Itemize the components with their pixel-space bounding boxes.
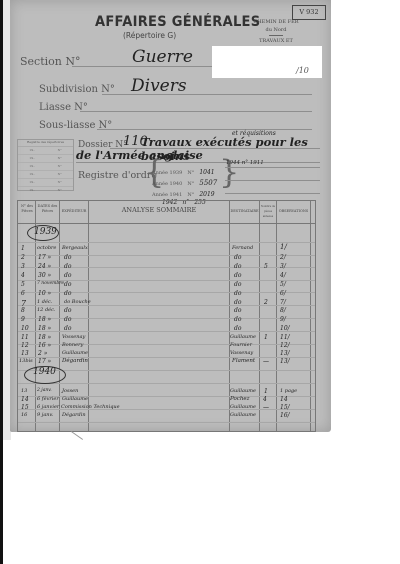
- year-1940: 1940: [33, 367, 56, 377]
- row-expediteur: do Bouche: [64, 299, 91, 305]
- mini-table-row: 19..N°: [18, 155, 73, 163]
- row-destinataire: do: [234, 307, 241, 314]
- page-title: AFFAIRES GÉNÉRALES: [95, 14, 260, 30]
- company-rule: [269, 35, 283, 36]
- header-numero: N° des Pièces: [19, 204, 35, 214]
- row-destinataire: do: [234, 281, 241, 288]
- header-destinataire: DESTINATAIRE: [230, 209, 259, 214]
- row-destinataire: do: [234, 254, 241, 261]
- page-subtitle: (Répertoire G): [123, 31, 176, 40]
- row-observation: 5/: [280, 281, 286, 288]
- row-observation: 15/: [280, 404, 290, 411]
- row-date: 17 »: [38, 254, 51, 261]
- row-expediteur: Dégardin: [62, 412, 86, 418]
- row-destinataire: do: [234, 316, 241, 323]
- inventory-table: N° des Pièces DATES des Pièces EXPÉDITEU…: [17, 200, 316, 432]
- row-observation: 4/: [280, 272, 286, 279]
- row-observation: 8/: [280, 307, 286, 314]
- row-expediteur: Commission Technique: [61, 404, 120, 410]
- subdivision-value: Divers: [131, 76, 187, 96]
- row-number: 8: [21, 307, 25, 314]
- row-date: 2 janv.: [37, 388, 52, 393]
- row-expediteur: Guillaume: [62, 350, 88, 356]
- row-date: 30 »: [38, 272, 51, 279]
- row-number: 11: [21, 334, 29, 341]
- redaction-mark: /10: [296, 66, 309, 75]
- row-expediteur: do: [64, 290, 71, 297]
- header-observations: OBSERVATIONS: [277, 209, 310, 214]
- row-observation: 1 page: [280, 388, 297, 394]
- row-destinataire: Guillaume: [230, 412, 256, 418]
- row-number: 1: [21, 245, 25, 252]
- row-observation: 6/: [280, 290, 286, 297]
- row-destinataire: Fournier: [230, 342, 252, 348]
- liasse-line: [80, 111, 312, 112]
- row-expediteur: do: [64, 281, 71, 288]
- row-date: 18 »: [38, 334, 51, 341]
- row-annexe: 4: [263, 396, 267, 403]
- row-rule: [18, 267, 315, 268]
- row-expediteur: Bonnery: [62, 342, 83, 348]
- row-annexe: 1: [264, 334, 268, 341]
- row-annexe: —: [263, 358, 269, 365]
- row-number: 14: [21, 396, 29, 403]
- row-date: 18 »: [38, 325, 51, 332]
- row-rule: [18, 255, 315, 256]
- row-annexe: 5: [264, 263, 268, 270]
- row-observation: 16/: [280, 412, 290, 419]
- row-expediteur: Vossenay: [62, 334, 85, 340]
- row-number: 4: [21, 272, 25, 279]
- row-observation: 14: [280, 396, 288, 403]
- mini-table-header: Registre des répertoires: [18, 140, 73, 147]
- registre-side-note: 1944 n° 1911: [226, 160, 264, 166]
- row-date: 2 »: [38, 350, 47, 357]
- year-1939: 1939: [34, 227, 57, 237]
- row-observation: 7/: [280, 299, 286, 306]
- mini-table-row: 19..N°: [18, 171, 73, 179]
- row-rule: [18, 242, 315, 243]
- row-annexe: 1: [264, 388, 268, 395]
- mini-table-row: 19..N°: [18, 163, 73, 171]
- row-expediteur: Dégardin: [62, 358, 88, 364]
- header-dates: DATES des Pièces: [36, 204, 59, 214]
- row-number: 13: [21, 350, 29, 357]
- row-observation: 10/: [280, 325, 290, 332]
- row-date: 18 »: [38, 316, 51, 323]
- registre-line: [225, 193, 320, 194]
- row-destinataire: Guillaume: [230, 334, 256, 340]
- row-expediteur: do: [64, 325, 71, 332]
- row-destinataire: Fernand: [232, 245, 253, 251]
- row-number: 15: [21, 404, 29, 411]
- row-annexe: —: [263, 404, 269, 411]
- mini-table-row: 19..N°: [18, 187, 73, 194]
- row-destinataire: Guillaume: [230, 388, 256, 394]
- row-date: octobre: [37, 245, 56, 251]
- row-expediteur: do: [64, 307, 71, 314]
- row-observation: 11/: [280, 334, 290, 341]
- company-region: du Nord: [246, 26, 306, 34]
- row-rule: [18, 292, 315, 293]
- row-destinataire: do: [234, 272, 241, 279]
- header-analyse: ANALYSE SOMMAIRE: [89, 208, 229, 213]
- row-number: 3: [21, 263, 25, 270]
- dossier-line: [110, 148, 320, 149]
- registre-line: [225, 180, 320, 181]
- row-number: 9: [21, 316, 25, 323]
- row-date: 17 »: [38, 358, 51, 365]
- header-divider: [18, 223, 315, 224]
- registre-brace-right: }: [219, 153, 239, 191]
- row-rule: [18, 331, 315, 332]
- row-number: 10: [21, 325, 29, 332]
- header-expediteur: EXPÉDITEUR: [60, 209, 88, 214]
- row-rule: [18, 305, 315, 306]
- mini-table-row: 19..N°: [18, 147, 73, 155]
- row-observation: 1/: [280, 243, 287, 251]
- row-expediteur: do: [64, 272, 71, 279]
- row-observation: 13/: [280, 358, 290, 365]
- mini-table-row: 19..N°: [18, 179, 73, 187]
- row-date: 16 »: [38, 342, 51, 349]
- row-destinataire: do: [234, 290, 241, 297]
- row-destinataire: do: [234, 299, 241, 306]
- row-expediteur: do: [64, 316, 71, 323]
- row-rule: [18, 422, 315, 423]
- row-destinataire: Flament: [232, 358, 255, 364]
- row-date: 6 février: [37, 396, 59, 402]
- repertoire-mini-table: Registre des répertoires 19..N° 19..N° 1…: [17, 139, 74, 191]
- sous-liasse-line: [97, 129, 312, 130]
- row-date: 12 déc.: [37, 307, 56, 313]
- row-date: 7 novembre: [37, 281, 64, 286]
- header-annexes: Nombre de pièces annexes: [260, 204, 276, 219]
- row-number: 16: [21, 412, 27, 418]
- row-destinataire: Pochez: [230, 396, 250, 402]
- row-destinataire: do: [234, 263, 241, 270]
- company-name: CHEMIN DE FER: [246, 18, 306, 26]
- row-observation: 13/: [280, 350, 290, 357]
- row-rule: [18, 383, 315, 384]
- row-date: 9 janv.: [37, 412, 53, 418]
- row-date: 24 »: [38, 263, 51, 270]
- row-expediteur: Jossen: [62, 388, 78, 394]
- row-observation: 9/: [280, 316, 286, 323]
- row-number: 6: [21, 290, 25, 297]
- dossier-superscript-note: et réquisitions: [232, 130, 276, 137]
- row-observation: 3/: [280, 263, 286, 270]
- row-expediteur: Guillaume: [62, 396, 88, 402]
- registre-line: [225, 167, 320, 168]
- row-rule: [18, 318, 315, 319]
- row-number: 13bis: [19, 358, 33, 364]
- row-observation: 2/: [280, 254, 286, 261]
- row-annexe: 2: [264, 299, 268, 306]
- row-destinataire: Vassenay: [230, 350, 253, 356]
- row-expediteur: do: [64, 254, 71, 261]
- stray-mark: [71, 431, 83, 440]
- row-destinataire: Guillaume: [230, 404, 256, 410]
- row-number: 13: [21, 388, 27, 394]
- row-destinataire: do: [234, 325, 241, 332]
- row-date: 6 janvier: [37, 404, 59, 410]
- row-date: 1 déc.: [37, 299, 52, 305]
- section-value: Guerre: [132, 47, 193, 67]
- row-expediteur: do: [64, 263, 71, 270]
- row-number: 5: [21, 281, 25, 288]
- row-number: 2: [21, 254, 25, 261]
- row-number: 12: [21, 342, 29, 349]
- row-expediteur: Bergeaulx: [62, 245, 88, 251]
- row-observation: 12/: [280, 342, 290, 349]
- row-date: 10 »: [38, 290, 51, 297]
